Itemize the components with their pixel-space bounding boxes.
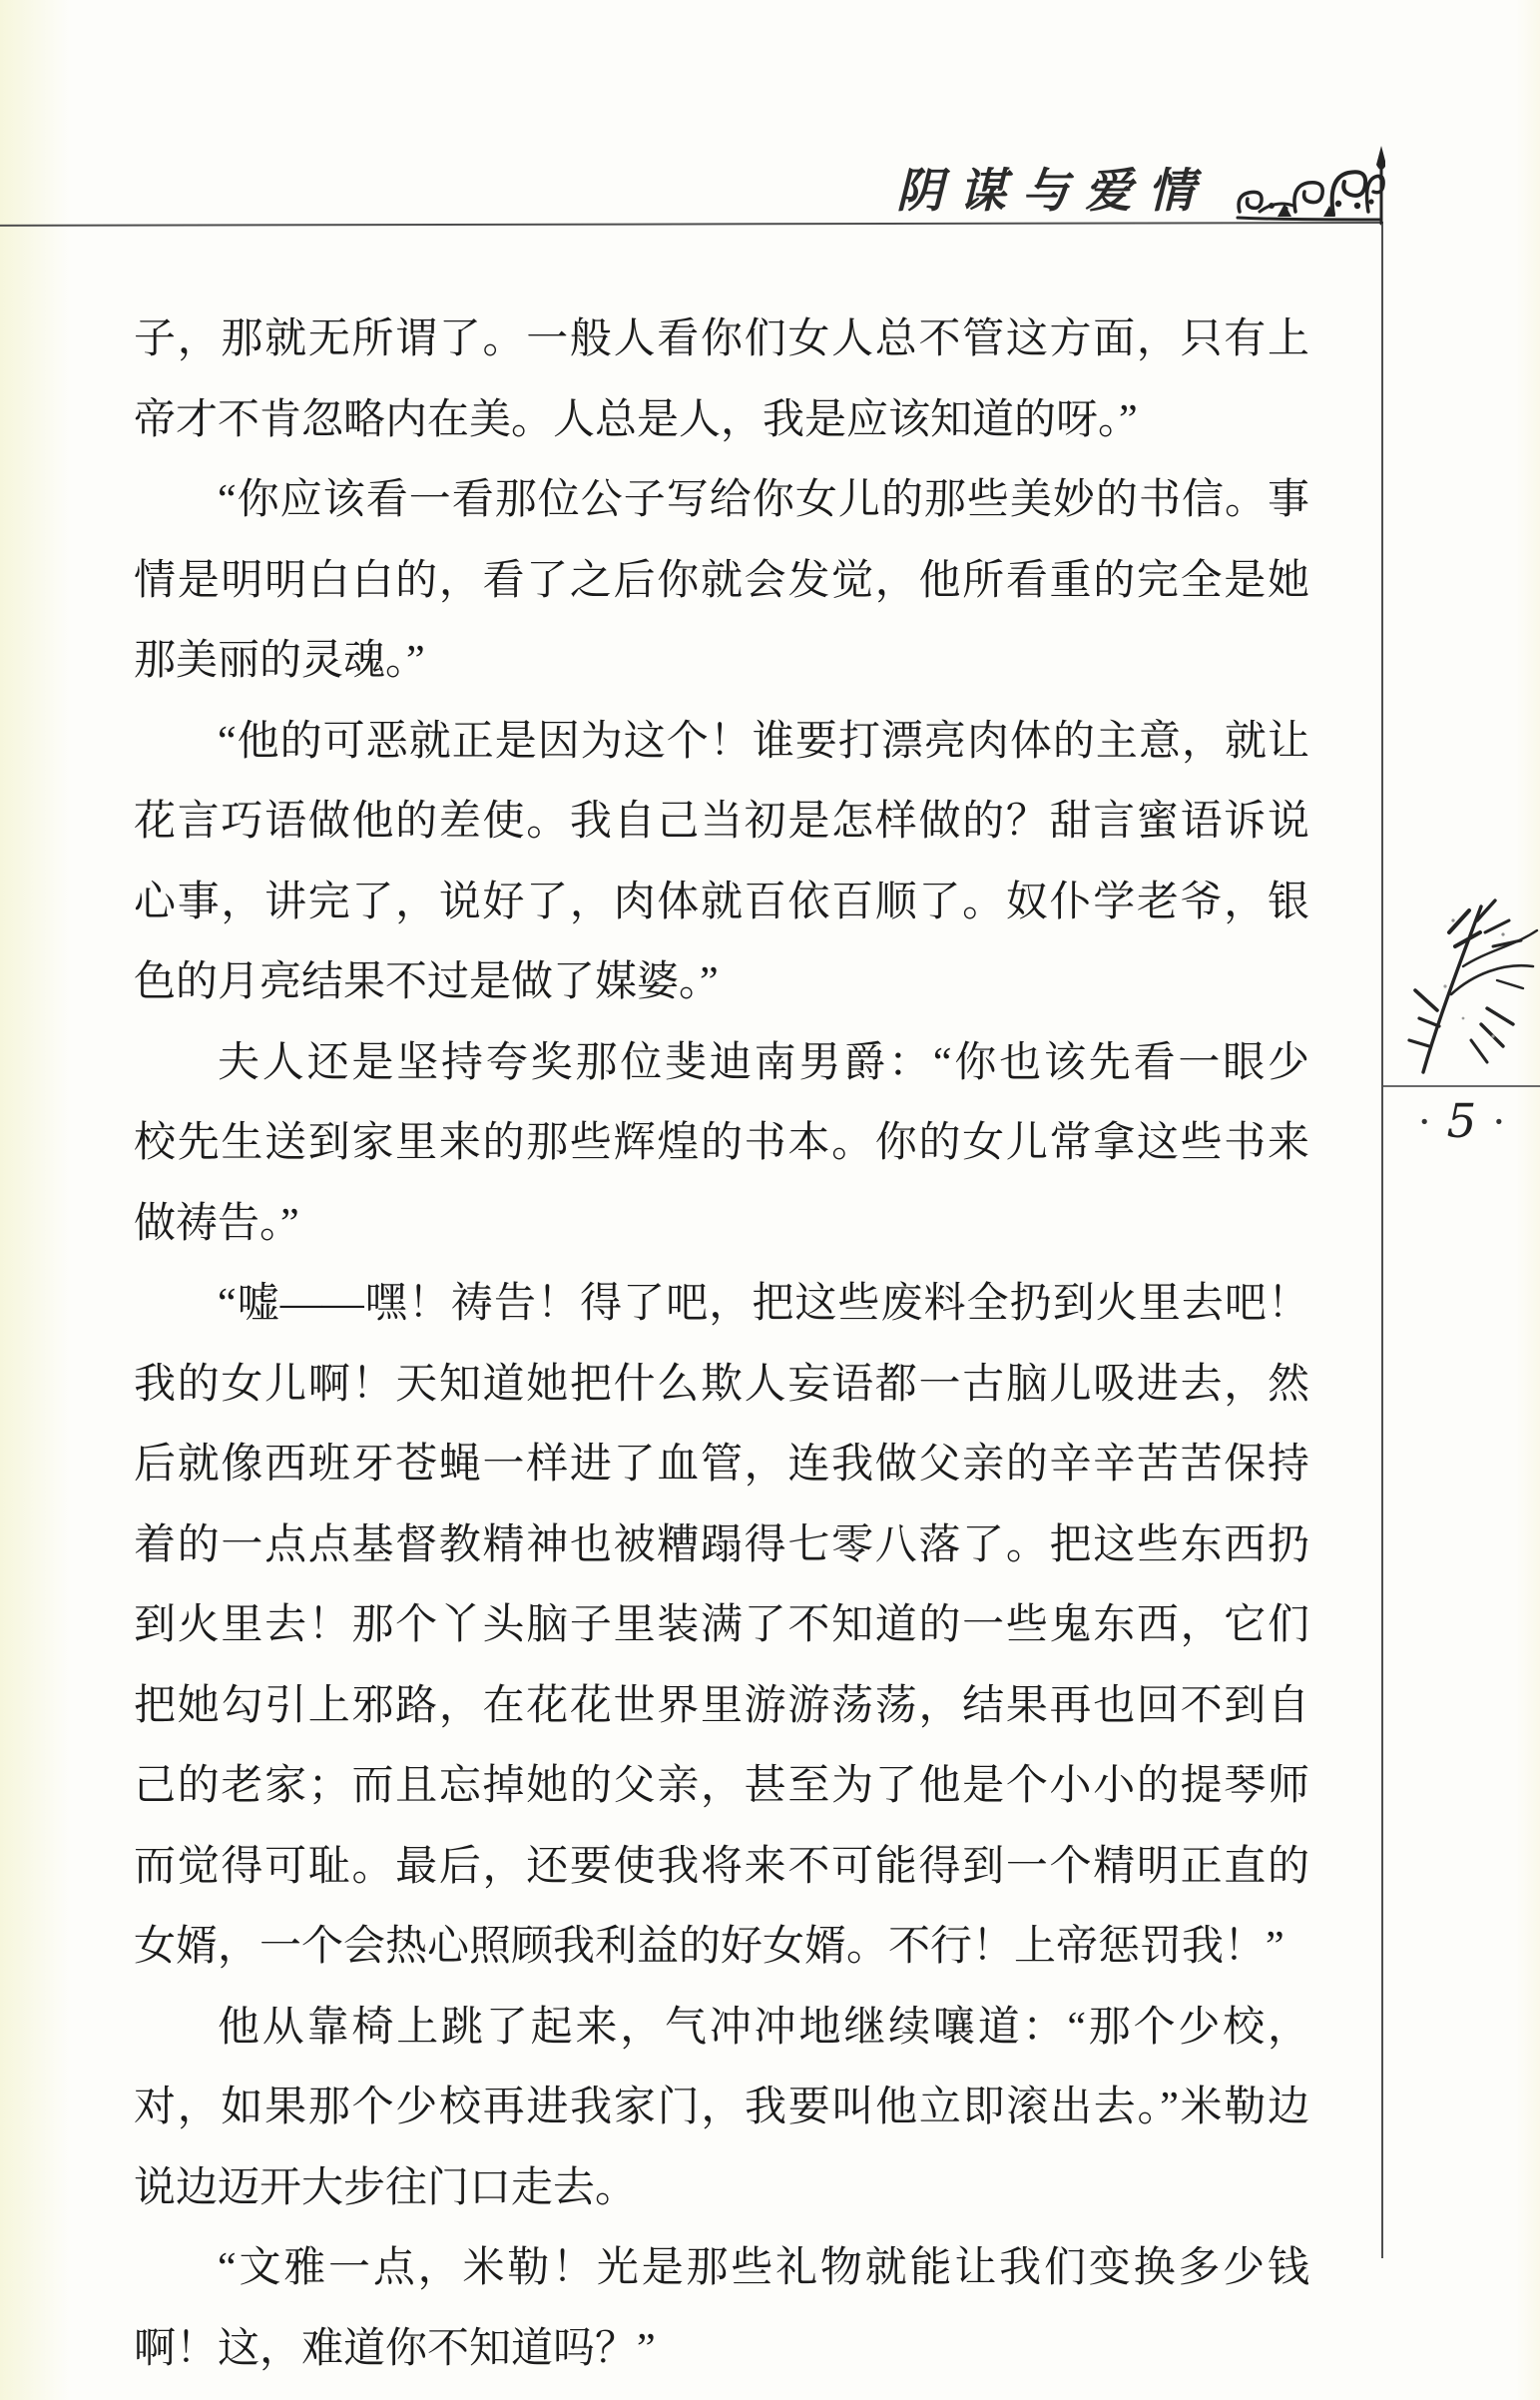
page-number-left-dot: · (1417, 1100, 1432, 1144)
text-line: 心事，讲完了，说好了，肉体就百依百顺了。奴仆学老爷，银 (134, 863, 1309, 943)
page-number-right-dot: · (1491, 1100, 1506, 1144)
text-line: “嘘——嘿！祷告！得了吧，把这些废料全扔到火里去吧！ (134, 1264, 1309, 1345)
scan-edge-shading-left (0, 0, 70, 2400)
header-rule (0, 222, 1383, 227)
running-title: 阴谋与爱情 (896, 154, 1211, 221)
margin-vertical-rule (1381, 224, 1383, 2258)
text-line: 子，那就无所谓了。一般人看你们女人总不管这方面，只有上 (134, 300, 1309, 380)
text-line: 那美丽的灵魂。” (134, 621, 1309, 702)
text-line: 他从靠椅上跳了起来，气冲冲地继续嚷道：“那个少校， (134, 1988, 1309, 2069)
text-line: “他的可恶就正是因为这个！谁要打漂亮肉体的主意，就让 (134, 702, 1309, 783)
page-number-value: 5 (1447, 1094, 1477, 1150)
text-line: 后就像西班牙苍蝇一样进了血管，连我做父亲的辛辛苦苦保持 (134, 1425, 1309, 1505)
text-line: 对，如果那个少校再进我家门，我要叫他立即滚出去。”米勒边 (134, 2068, 1309, 2148)
page-number: · 5 · (1383, 1094, 1540, 1150)
scroll-flourish-icon (1236, 138, 1385, 226)
book-page: { "document": { "running_title": "阴谋与爱情"… (0, 0, 1540, 2400)
text-line: 我的女儿啊！天知道她把什么欺人妄语都一古脑儿吸进去，然 (134, 1345, 1309, 1426)
text-line: 女婿，一个会热心照顾我利益的好女婿。不行！上帝惩罚我！” (134, 1907, 1309, 1988)
text-line: 做祷告。” (134, 1184, 1309, 1265)
text-line: 情是明明白白的，看了之后你就会发觉，他所看重的完全是她 (134, 541, 1309, 622)
text-line: 到火里去！那个丫头脑子里装满了不知道的一些鬼东西，它们 (134, 1585, 1309, 1666)
body-text: 子，那就无所谓了。一般人看你们女人总不管这方面，只有上 帝才不肯忽略内在美。人总… (134, 300, 1309, 2389)
page-number-rule (1383, 1085, 1540, 1087)
bamboo-sketch-icon (1393, 891, 1539, 1076)
text-line: 着的一点点基督教精神也被糟蹋得七零八落了。把这些东西扔 (134, 1505, 1309, 1586)
text-line: 夫人还是坚持夸奖那位斐迪南男爵：“你也该先看一眼少 (134, 1023, 1309, 1104)
text-line: “文雅一点，米勒！光是那些礼物就能让我们变换多少钱 (134, 2228, 1309, 2309)
text-line: 帝才不肯忽略内在美。人总是人，我是应该知道的呀。” (134, 380, 1309, 461)
text-line: 说边迈开大步往门口走去。 (134, 2148, 1309, 2229)
text-line: 啊！这，难道你不知道吗？” (134, 2309, 1309, 2390)
text-line: 把她勾引上邪路，在花花世界里游游荡荡，结果再也回不到自 (134, 1666, 1309, 1747)
text-line: 己的老家；而且忘掉她的父亲，甚至为了他是个小小的提琴师 (134, 1746, 1309, 1827)
text-line: “你应该看一看那位公子写给你女儿的那些美妙的书信。事 (134, 460, 1309, 541)
text-line: 色的月亮结果不过是做了媒婆。” (134, 942, 1309, 1023)
scan-edge-shading-right (1516, 0, 1540, 2400)
text-line: 而觉得可耻。最后，还要使我将来不可能得到一个精明正直的 (134, 1827, 1309, 1908)
text-line: 校先生送到家里来的那些辉煌的书本。你的女儿常拿这些书来 (134, 1103, 1309, 1184)
text-line: 花言巧语做他的差使。我自己当初是怎样做的？甜言蜜语诉说 (134, 782, 1309, 863)
